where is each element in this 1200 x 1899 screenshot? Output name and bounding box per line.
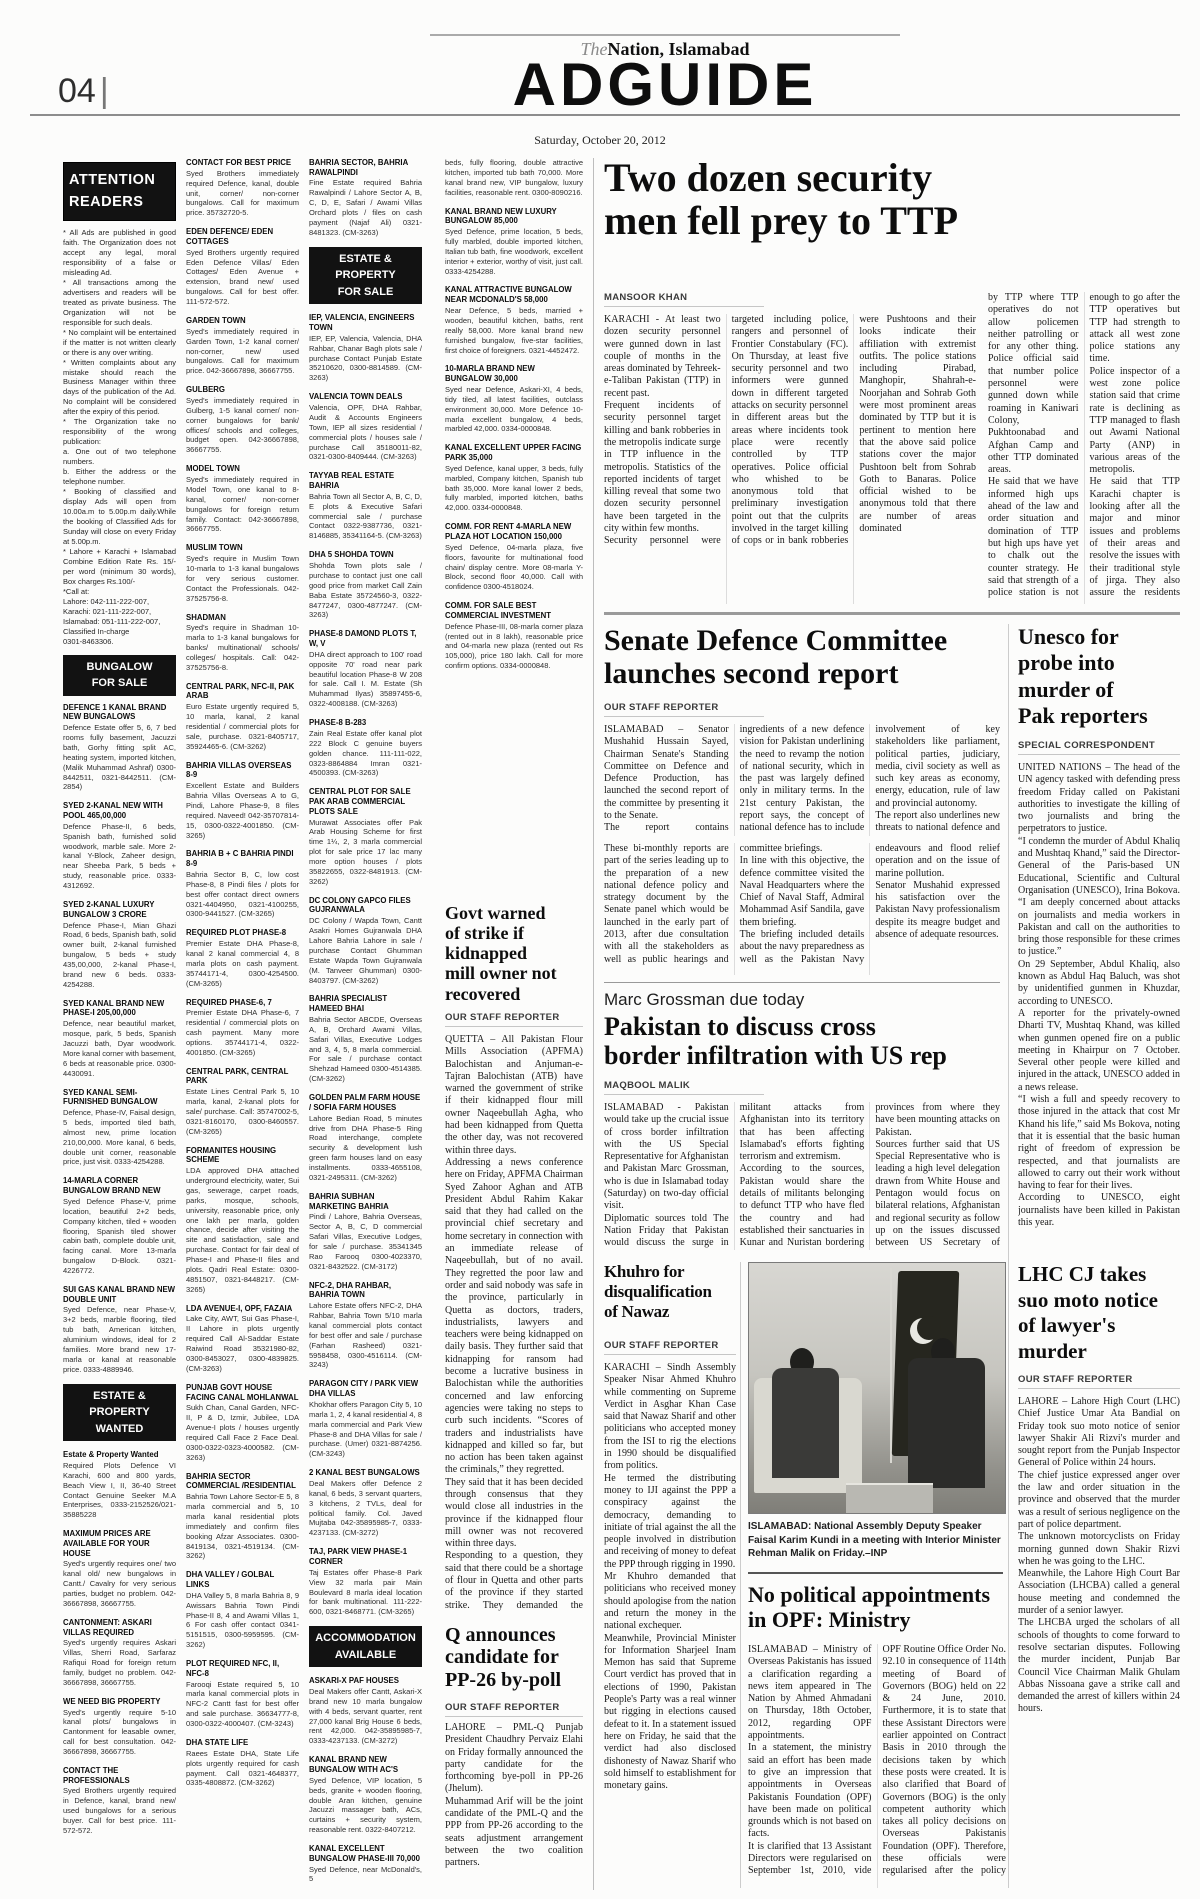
classified-ad-title: KANAL ATTRACTIVE BUNGALOW NEAR MCDONALD'… bbox=[445, 285, 583, 304]
classified-ad-title: ASKARI-X PAF HOUSES bbox=[309, 1676, 422, 1686]
photo-caption: ISLAMABAD: National Assembly Deputy Spea… bbox=[748, 1520, 1006, 1561]
ttp-headline: Two dozen security men fell prey to TTP bbox=[604, 156, 986, 242]
classified-ad: KANAL EXCELLENT BUNGALOW PHASE-III 70,00… bbox=[309, 1844, 422, 1884]
classified-ad-text: Defence, Phase-IV, Faisal design, 5 beds… bbox=[63, 1108, 176, 1167]
classified-ad-title: MUSLIM TOWN bbox=[186, 543, 299, 553]
classified-ad-title: 14-MARLA CORNER BUNGALOW BRAND NEW bbox=[63, 1176, 176, 1195]
classified-ad: SYED KANAL BRAND NEW PHASE-I 205,00,000 … bbox=[63, 999, 176, 1079]
classified-ad: REQUIRED PHASE-6, 7 Premier Estate DHA P… bbox=[186, 998, 299, 1058]
senate-body: ISLAMABAD – Senator Mushahid Hussain Say… bbox=[604, 724, 1000, 836]
classified-ad: 14-MARLA CORNER BUNGALOW BRAND NEW Syed … bbox=[63, 1176, 176, 1276]
classified-ad: REQUIRED PLOT PHASE-8 Premier Estate DHA… bbox=[186, 928, 299, 988]
classified-ad: ESTATE & PROPERTY FOR SALE bbox=[309, 247, 422, 305]
classified-ad-text: LDA approved DHA attached underground el… bbox=[186, 1166, 299, 1295]
classified-ad-text: Deal Makers offer Cantt, Askari-X brand … bbox=[309, 1687, 422, 1746]
ttp-body-left: KARACHI - At least two dozen security pe… bbox=[604, 314, 976, 604]
classified-ad-title: GARDEN TOWN bbox=[186, 316, 299, 326]
classified-ad: IEP, VALENCIA, ENGINEERS TOWN IEP, EP, V… bbox=[309, 313, 422, 383]
classified-section-box: ACCOMMODATION AVAILABLE bbox=[309, 1626, 422, 1667]
classified-ad-title: 10-MARLA BRAND NEW BUNGALOW 30,000 bbox=[445, 364, 583, 383]
classified-ad: FORMANITES HOUSING SCHEME LDA approved D… bbox=[186, 1146, 299, 1295]
classified-ad-text: DHA direct approach to 100' road opposit… bbox=[309, 650, 422, 709]
classified-ad: MUSLIM TOWN Syed's require in Muslim Tow… bbox=[186, 543, 299, 603]
classified-ad: BAHRIA SECTOR COMMERCIAL /RESIDENTIAL Ba… bbox=[186, 1472, 299, 1562]
unesco-headline: Unesco for probe into murder of Pak repo… bbox=[1018, 624, 1180, 730]
classified-ad: DC COLONY GAPCO FILES GUJRANWALA DC Colo… bbox=[309, 896, 422, 986]
classified-ad: MODEL TOWN Syed's immediately required i… bbox=[186, 464, 299, 534]
table bbox=[846, 1483, 933, 1513]
unesco-byline: SPECIAL CORRESPONDENT bbox=[1018, 740, 1180, 755]
classified-ad-text: Shohda Town plots sale / purchase to con… bbox=[309, 561, 422, 620]
classified-ad-title: DEFENCE 1 KANAL BRAND NEW BUNGALOWS bbox=[63, 703, 176, 722]
classified-ad-title: KANAL BRAND NEW BUNGALOW WITH AC'S bbox=[309, 1755, 422, 1774]
classified-ad-title: IEP, VALENCIA, ENGINEERS TOWN bbox=[309, 313, 422, 332]
classified-list-2: CONTACT FOR BEST PRICE Syed Brothers imm… bbox=[186, 158, 299, 1788]
classified-ad-text: Defence Phase-II, 6 beds, Spanish bath, … bbox=[63, 822, 176, 891]
classified-ad-title: PUNJAB GOVT HOUSE FACING CANAL MOHLANWAL bbox=[186, 1383, 299, 1402]
page-number-divider: | bbox=[100, 72, 109, 110]
classified-ad-text: Bahria Sector B, C, low cost Phase-8, 8 … bbox=[186, 870, 299, 919]
classified-ad: SYED 2-KANAL LUXURY BUNGALOW 3 CRORE Def… bbox=[63, 900, 176, 990]
classified-ad: DEFENCE 1 KANAL BRAND NEW BUNGALOWS Defe… bbox=[63, 703, 176, 793]
news-photo bbox=[748, 1262, 1006, 1514]
govt-warned-body: QUETTA – All Pakistan Flour Mills Associ… bbox=[445, 1034, 583, 1612]
khuhro-headline: Khuhro for disqualification of Nawaz bbox=[604, 1262, 742, 1322]
classified-ad-text: Syed Brothers urgently required in Defen… bbox=[63, 1786, 176, 1835]
classified-ad: ESTATE & PROPERTY WANTED bbox=[63, 1384, 176, 1442]
classified-ad-title: EDEN DEFENCE/ EDEN COTTAGES bbox=[186, 227, 299, 246]
classified-ad: KANAL BRAND NEW LUXURY BUNGALOW 85,000 S… bbox=[445, 207, 583, 277]
classified-ad-title: BAHRIA SUBHAN MARKETING BAHRIA bbox=[309, 1192, 422, 1211]
classified-ad-text: Murawat Associates offer Pak Arab Housin… bbox=[309, 818, 422, 887]
classified-ad-title: SUI GAS KANAL BRAND NEW DOUBLE UNIT bbox=[63, 1285, 176, 1304]
classified-ad-title: DHA STATE LIFE bbox=[186, 1738, 299, 1748]
classified-ad-title: BAHRIA VILLAS OVERSEAS 8-9 bbox=[186, 761, 299, 780]
classified-ad-title: DC COLONY GAPCO FILES GUJRANWALA bbox=[309, 896, 422, 915]
classified-list-3: BAHRIA SECTOR, BAHRIA RAWALPINDI Fine Es… bbox=[309, 158, 422, 1884]
unesco-body: UNITED NATIONS – The head of the UN agen… bbox=[1018, 762, 1180, 1254]
classified-column-1: ATTENTION READERS * All Ads are publishe… bbox=[63, 158, 176, 1890]
classified-list-4: beds, fully flooring, double attractive … bbox=[445, 158, 583, 671]
classified-column-3: BAHRIA SECTOR, BAHRIA RAWALPINDI Fine Es… bbox=[309, 158, 422, 1890]
classified-ad-text: IEP, EP, Valencia, Valencia, DHA Rahbar,… bbox=[309, 334, 422, 383]
lhc-headline: LHC CJ takes suo moto notice of lawyer's… bbox=[1018, 1262, 1180, 1364]
column-divider bbox=[740, 1262, 741, 1888]
classified-section-box: ESTATE & PROPERTY FOR SALE bbox=[309, 247, 422, 305]
classified-ad: VALENCIA TOWN DEALS Valencia, OPF, DHA R… bbox=[309, 392, 422, 462]
classified-column-2: CONTACT FOR BEST PRICE Syed Brothers imm… bbox=[186, 158, 299, 1890]
classified-ad: TAJ, PARK VIEW PHASE-1 CORNER Taj Estate… bbox=[309, 1547, 422, 1617]
newspaper-page: TheNation, Islamabad ADGUIDE 04| Saturda… bbox=[0, 0, 1200, 1899]
classified-ad-title: KANAL EXCELLENT BUNGALOW PHASE-III 70,00… bbox=[309, 1844, 422, 1863]
classified-ad-text: DHA Valley 5, 8 marla Bahria 8, 9 Awissa… bbox=[186, 1591, 299, 1650]
classified-ad-text: Lake City, AWT, Sui Gas Phase-I, II Laho… bbox=[186, 1314, 299, 1373]
classified-ad-text: Defence Phase-I, Mian Ghazi Road, 6 beds… bbox=[63, 921, 176, 990]
classified-ad: KANAL BRAND NEW BUNGALOW WITH AC'S Syed … bbox=[309, 1755, 422, 1835]
classified-ad-text: Syed Brothers urgently required Eden Def… bbox=[186, 248, 299, 307]
classified-ad-title: LDA AVENUE-I, OPF, FAZAIA bbox=[186, 1304, 299, 1314]
classified-ad-title: BAHRIA SECTOR, BAHRIA RAWALPINDI bbox=[309, 158, 422, 177]
classified-ad-text: Euro Estate urgently required 5, 10 marl… bbox=[186, 702, 299, 751]
classified-ad: MAXIMUM PRICES ARE AVAILABLE FOR YOUR HO… bbox=[63, 1529, 176, 1609]
classified-ad-text: Pindi / Lahore, Bahria Overseas, Sector … bbox=[309, 1212, 422, 1271]
classified-ad-title: CENTRAL PLOT FOR SALE PAK ARAB COMMERCIA… bbox=[309, 787, 422, 816]
classified-news-divider bbox=[593, 158, 594, 1890]
classified-ad-text: DC Colony / Wapda Town, Cantt Asakri Hom… bbox=[309, 916, 422, 985]
classified-ad-title: FORMANITES HOUSING SCHEME bbox=[186, 1146, 299, 1165]
classified-ad: BAHRIA SPECIALIST HAMEED BHAI Bahria Sec… bbox=[309, 994, 422, 1084]
classified-ad: PHASE-8 DAMOND PLOTS T, W, V DHA direct … bbox=[309, 629, 422, 709]
classified-ad: DHA VALLEY / GOLBAL LINKS DHA Valley 5, … bbox=[186, 1570, 299, 1650]
right-column-divider bbox=[1008, 624, 1009, 1888]
classified-ad-text: Syed's immediately required in Gulberg, … bbox=[186, 396, 299, 455]
attention-readers-box: ATTENTION READERS bbox=[63, 162, 176, 221]
ttp-byline: MANSOOR KHAN bbox=[604, 292, 764, 307]
classified-ad-text: Syed Defence, near McDonald's, 5 bbox=[309, 1865, 422, 1885]
classified-ad-text: Syed's urgently requires Askari Villas, … bbox=[63, 1638, 176, 1687]
classified-ad-text: Estate Lines Central Park 5, 10 marla, k… bbox=[186, 1087, 299, 1136]
classified-ad: Estate & Property Wanted Required Plots … bbox=[63, 1450, 176, 1520]
ttp-body-right: by TTP where TTP operatives do not allow… bbox=[988, 292, 1180, 604]
senate-byline: OUR STAFF REPORTER bbox=[604, 702, 764, 717]
classified-ad-text: Premier Estate DHA Phase-6, 7 residentia… bbox=[186, 1008, 299, 1057]
classified-ad-text: Lahore Estate offers NFC-2, DHA Rahbar, … bbox=[309, 1301, 422, 1370]
classified-ad: COMM. FOR RENT 4-MARLA NEW PLAZA HOT LOC… bbox=[445, 522, 583, 592]
classified-ad-title: TAYYAB REAL ESTATE BAHRIA bbox=[309, 471, 422, 490]
classified-ad: LDA AVENUE-I, OPF, FAZAIA Lake City, AWT… bbox=[186, 1304, 299, 1374]
classified-ad-text: Fine Estate required Bahria Rawalpindi /… bbox=[309, 178, 422, 237]
classified-ad-text: Syed Defence Phase-V, prime location, be… bbox=[63, 1197, 176, 1276]
classified-ad-text: Sukh Chan, Canal Garden, NFC-II, P & D, … bbox=[186, 1403, 299, 1462]
classified-ad-text: Near Defence, 5 beds, married + wooden, … bbox=[445, 306, 583, 355]
classified-ad: PHASE-8 B-283 Zain Real Estate offer kan… bbox=[309, 718, 422, 778]
classified-ad-title: DHA VALLEY / GOLBAL LINKS bbox=[186, 1570, 299, 1589]
classified-ad-text: Syed Defence, prime location, 5 beds, fu… bbox=[445, 227, 583, 276]
classified-ad-title: GOLDEN PALM FARM HOUSE / SOFIA FARM HOUS… bbox=[309, 1093, 422, 1112]
classified-ad-text: Required Plots Defence VI Karachi, 600 a… bbox=[63, 1461, 176, 1520]
marc-body: ISLAMABAD - Pakistan would take up the c… bbox=[604, 1102, 1000, 1250]
opf-headline: No political appointments in OPF: Minist… bbox=[748, 1582, 1008, 1633]
classified-ad: BAHRIA B + C BAHRIA PINDI 8-9 Bahria Sec… bbox=[186, 849, 299, 919]
classified-ad: EDEN DEFENCE/ EDEN COTTAGES Syed Brother… bbox=[186, 227, 299, 307]
classified-ad: CENTRAL PLOT FOR SALE PAK ARAB COMMERCIA… bbox=[309, 787, 422, 886]
kicker-rule bbox=[604, 982, 1000, 983]
classified-ad-title: Estate & Property Wanted bbox=[63, 1450, 176, 1460]
classified-ad: BAHRIA SUBHAN MARKETING BAHRIA Pindi / L… bbox=[309, 1192, 422, 1272]
classified-ad-text: Syed's immediately required in Garden To… bbox=[186, 327, 299, 376]
classified-ad-title: COMM. FOR SALE BEST COMMERCIAL INVESTMEN… bbox=[445, 601, 583, 620]
classified-ad-title: SYED KANAL BRAND NEW PHASE-I 205,00,000 bbox=[63, 999, 176, 1018]
classified-ad-text: Raees Estate DHA, State Life plots urgen… bbox=[186, 1749, 299, 1789]
classified-ad-title: DHA 5 SHOHDA TOWN bbox=[309, 550, 422, 560]
classified-ad-title: SHADMAN bbox=[186, 613, 299, 623]
classified-ad-title: MAXIMUM PRICES ARE AVAILABLE FOR YOUR HO… bbox=[63, 1529, 176, 1558]
marc-byline: MAQBOOL MALIK bbox=[604, 1080, 764, 1095]
masthead-rule bbox=[430, 34, 900, 36]
classified-ad-title: GULBERG bbox=[186, 385, 299, 395]
classified-ad-text: beds, fully flooring, double attractive … bbox=[445, 158, 583, 198]
flag-pole bbox=[890, 1268, 892, 1463]
classified-ad: PLOT REQUIRED NFC, II, NFC-8 Farooqi Est… bbox=[186, 1659, 299, 1729]
classified-ad-text: Syed Brothers immediately required Defen… bbox=[186, 169, 299, 218]
classified-ad: SYED 2-KANAL NEW WITH POOL 465,00,000 De… bbox=[63, 801, 176, 891]
classified-ad-text: Syed Defence, VIP location, 5 beds, gran… bbox=[309, 1776, 422, 1835]
classified-ad-title: CANTONMENT: ASKARI VILLAS REQUIRED bbox=[63, 1618, 176, 1637]
classified-ad: ACCOMMODATION AVAILABLE bbox=[309, 1626, 422, 1667]
classified-ad-title: 2 KANAL BEST BUNGALOWS bbox=[309, 1468, 422, 1478]
classified-ad-text: Syed Defence, near Phase-V, 3+2 beds, ma… bbox=[63, 1305, 176, 1374]
classified-ad: NFC-2, DHA RAHBAR, BAHRIA TOWN Lahore Es… bbox=[309, 1281, 422, 1371]
classified-ad-title: COMM. FOR RENT 4-MARLA NEW PLAZA HOT LOC… bbox=[445, 522, 583, 541]
classified-ad-text: Defence, near beautiful market, mosque, … bbox=[63, 1019, 176, 1078]
classified-ad-title: PARAGON CITY / PARK VIEW DHA VILLAS bbox=[309, 1379, 422, 1398]
q-candidate-headline: Q announces candidate for PP-26 by-poll bbox=[445, 1624, 585, 1691]
classified-ad: PARAGON CITY / PARK VIEW DHA VILLAS Khok… bbox=[309, 1379, 422, 1459]
classified-ad-title: PHASE-8 B-283 bbox=[309, 718, 422, 728]
classified-ad: SHADMAN Syed's require in Shadman 10-mar… bbox=[186, 613, 299, 673]
classified-ad: GARDEN TOWN Syed's immediately required … bbox=[186, 316, 299, 376]
classified-ad: SYED KANAL SEMI-FURNISHED BUNGALOW Defen… bbox=[63, 1088, 176, 1168]
person-silhouette-left bbox=[772, 1368, 839, 1478]
classified-ad-text: Excellent Estate and Builders Bahria Vil… bbox=[186, 781, 299, 840]
classified-ad-title: NFC-2, DHA RAHBAR, BAHRIA TOWN bbox=[309, 1281, 422, 1300]
classified-ad-title: BAHRIA SPECIALIST HAMEED BHAI bbox=[309, 994, 422, 1013]
classified-ad: 2 KANAL BEST BUNGALOWS Deal Makers offer… bbox=[309, 1468, 422, 1538]
header-rule bbox=[30, 114, 1180, 116]
senate-body-continued: These bi-monthly reports are part of the… bbox=[604, 843, 1000, 975]
classified-list-1: DEFENCE 1 KANAL BRAND NEW BUNGALOWS Defe… bbox=[63, 703, 176, 1836]
section-rule bbox=[604, 612, 1180, 615]
classified-ad-title: SYED KANAL SEMI-FURNISHED BUNGALOW bbox=[63, 1088, 176, 1107]
classified-ad-title: CENTRAL PARK, NFC-II, PAK ARAB bbox=[186, 682, 299, 701]
classified-ad: KANAL ATTRACTIVE BUNGALOW NEAR MCDONALD'… bbox=[445, 285, 583, 355]
classified-ad-title: SYED 2-KANAL NEW WITH POOL 465,00,000 bbox=[63, 801, 176, 820]
classified-ad-text: Syed's urgently requires one/ two kanal … bbox=[63, 1559, 176, 1608]
khuhro-body: KARACHI – Sindh Assembly Speaker Nisar A… bbox=[604, 1362, 736, 1888]
q-candidate-byline: OUR STAFF REPORTER bbox=[445, 1702, 583, 1717]
classified-ad: DHA 5 SHOHDA TOWN Shohda Town plots sale… bbox=[309, 550, 422, 620]
classified-ad-title: PLOT REQUIRED NFC, II, NFC-8 bbox=[186, 1659, 299, 1678]
classified-ad-text: Defence Phase-III, 08-marla corner plaza… bbox=[445, 622, 583, 671]
classified-ad: CENTRAL PARK, NFC-II, PAK ARAB Euro Esta… bbox=[186, 682, 299, 752]
classified-ad-text: Deal Makers offer Defence 2 kanal, 6 bed… bbox=[309, 1479, 422, 1538]
classified-ad-text: Premier Estate DHA Phase-8, kanal 2 kana… bbox=[186, 939, 299, 988]
classified-ad: SUI GAS KANAL BRAND NEW DOUBLE UNIT Syed… bbox=[63, 1285, 176, 1375]
classified-ad: GULBERG Syed's immediately required in G… bbox=[186, 385, 299, 455]
classified-ad: PUNJAB GOVT HOUSE FACING CANAL MOHLANWAL… bbox=[186, 1383, 299, 1463]
classified-ad-title: REQUIRED PLOT PHASE-8 bbox=[186, 928, 299, 938]
classified-ad-title: WE NEED BIG PROPERTY bbox=[63, 1697, 176, 1707]
classified-ad: CONTACT THE PROFESSIONALS Syed Brothers … bbox=[63, 1766, 176, 1836]
classified-ad-title: KANAL EXCELLENT UPPER FACING PARK 35,000 bbox=[445, 443, 583, 462]
classified-ad-title: REQUIRED PHASE-6, 7 bbox=[186, 998, 299, 1008]
lhc-body: LAHORE – Lahore High Court (LHC) Chief J… bbox=[1018, 1396, 1180, 1888]
caption-rule bbox=[748, 1572, 1003, 1574]
classified-ad: BAHRIA VILLAS OVERSEAS 8-9 Excellent Est… bbox=[186, 761, 299, 841]
classified-ad: DHA STATE LIFE Raees Estate DHA, State L… bbox=[186, 1738, 299, 1788]
classified-ad-text: Farooqi Estate required 5, 10 marla kana… bbox=[186, 1680, 299, 1729]
classified-ad-text: Syed near Defence, Askari-XI, 4 beds, ti… bbox=[445, 385, 583, 434]
classified-ad-text: Syed's require in Muslim Town 10-marla t… bbox=[186, 554, 299, 603]
classified-ad-text: Khokhar offers Paragon City 5, 10 marla … bbox=[309, 1400, 422, 1459]
classified-ad: 10-MARLA BRAND NEW BUNGALOW 30,000 Syed … bbox=[445, 364, 583, 434]
classified-ad-title: MODEL TOWN bbox=[186, 464, 299, 474]
classified-ad: GOLDEN PALM FARM HOUSE / SOFIA FARM HOUS… bbox=[309, 1093, 422, 1183]
classified-ad: BAHRIA SECTOR, BAHRIA RAWALPINDI Fine Es… bbox=[309, 158, 422, 238]
marc-headline: Pakistan to discuss cross border infiltr… bbox=[604, 1012, 1004, 1070]
classified-ad-title: BAHRIA SECTOR COMMERCIAL /RESIDENTIAL bbox=[186, 1472, 299, 1491]
classified-ad-text: Zain Real Estate offer kanal plot 222 Bl… bbox=[309, 729, 422, 778]
opf-body: ISLAMABAD – Ministry of Overseas Pakista… bbox=[748, 1644, 1006, 1888]
classified-ad-title: SYED 2-KANAL LUXURY BUNGALOW 3 CRORE bbox=[63, 900, 176, 919]
classified-ad-text: Taj Estates offer Phase-8 Park View 32 m… bbox=[309, 1568, 422, 1617]
classified-ad: KANAL EXCELLENT UPPER FACING PARK 35,000… bbox=[445, 443, 583, 513]
classified-ad-text: Syed's require in Shadman 10-marla to 1-… bbox=[186, 623, 299, 672]
classified-ad: COMM. FOR SALE BEST COMMERCIAL INVESTMEN… bbox=[445, 601, 583, 671]
classified-ad-title: TAJ, PARK VIEW PHASE-1 CORNER bbox=[309, 1547, 422, 1566]
bungalow-for-sale-box: BUNGALOW FOR SALE bbox=[63, 655, 176, 696]
classified-column-4: beds, fully flooring, double attractive … bbox=[445, 158, 583, 895]
classified-ad-text: Lahore Bedian Road, 5 minutes drive from… bbox=[309, 1114, 422, 1183]
classified-section-box: ESTATE & PROPERTY WANTED bbox=[63, 1384, 176, 1442]
lhc-byline: OUR STAFF REPORTER bbox=[1018, 1374, 1180, 1389]
person-silhouette-right bbox=[908, 1358, 985, 1488]
classified-ad-text: Syed Defence, 04-marla plaza, five floor… bbox=[445, 543, 583, 592]
classified-ad: WE NEED BIG PROPERTY Syed's urgently req… bbox=[63, 1697, 176, 1757]
classified-ad-title: CONTACT FOR BEST PRICE bbox=[186, 158, 299, 168]
khuhro-byline: OUR STAFF REPORTER bbox=[604, 1340, 736, 1355]
classified-ad-text: Syed's urgently require 5-10 kanal plots… bbox=[63, 1708, 176, 1757]
classified-ad: ASKARI-X PAF HOUSES Deal Makers offer Ca… bbox=[309, 1676, 422, 1746]
page-number: 04| bbox=[58, 72, 109, 111]
classified-ad-text: Bahria Town all Sector A, B, C, D, E plo… bbox=[309, 492, 422, 541]
classified-ad-text: Syed's immediately required in Model Tow… bbox=[186, 475, 299, 534]
classified-ad-text: Syed Defence, kanal upper, 3 beds, fully… bbox=[445, 464, 583, 513]
classified-ad-title: CONTACT THE PROFESSIONALS bbox=[63, 1766, 176, 1785]
senate-headline: Senate Defence Committee launches second… bbox=[604, 624, 1004, 690]
classified-ad-title: PHASE-8 DAMOND PLOTS T, W, V bbox=[309, 629, 422, 648]
classified-ad-title: KANAL BRAND NEW LUXURY BUNGALOW 85,000 bbox=[445, 207, 583, 226]
classified-ad: CANTONMENT: ASKARI VILLAS REQUIRED Syed'… bbox=[63, 1618, 176, 1688]
classified-ad: beds, fully flooring, double attractive … bbox=[445, 158, 583, 198]
classified-ad: TAYYAB REAL ESTATE BAHRIA Bahria Town al… bbox=[309, 471, 422, 541]
readers-notice: * All Ads are published in good faith. T… bbox=[63, 228, 176, 647]
marc-kicker: Marc Grossman due today bbox=[604, 990, 1000, 1010]
classified-ad: CONTACT FOR BEST PRICE Syed Brothers imm… bbox=[186, 158, 299, 218]
classified-ad-title: VALENCIA TOWN DEALS bbox=[309, 392, 422, 402]
classified-ad-text: Bahria Town Lahore Sector-E 5, 8 marla c… bbox=[186, 1492, 299, 1561]
govt-warned-byline: OUR STAFF REPORTER bbox=[445, 1012, 583, 1027]
section-title: ADGUIDE bbox=[340, 55, 990, 115]
classified-ad-text: Valencia, OPF, DHA Rahbar, Audit & Accou… bbox=[309, 403, 422, 462]
classified-ad-title: CENTRAL PARK, CENTRAL PARK bbox=[186, 1067, 299, 1086]
classified-ad: CENTRAL PARK, CENTRAL PARK Estate Lines … bbox=[186, 1067, 299, 1137]
govt-warned-headline: Govt warned of strike if kidnapped mill … bbox=[445, 903, 585, 1004]
q-candidate-body: LAHORE – PML-Q Punjab President Chaudhry… bbox=[445, 1722, 583, 1888]
classified-ad-text: Defence Estate offer 5, 6, 7 bed rooms f… bbox=[63, 723, 176, 792]
dateline: Saturday, October 20, 2012 bbox=[0, 133, 1200, 148]
classified-ad-title: BAHRIA B + C BAHRIA PINDI 8-9 bbox=[186, 849, 299, 868]
classified-ad-text: Bahria Sector ABCDE, Overseas A, B, Orch… bbox=[309, 1015, 422, 1084]
